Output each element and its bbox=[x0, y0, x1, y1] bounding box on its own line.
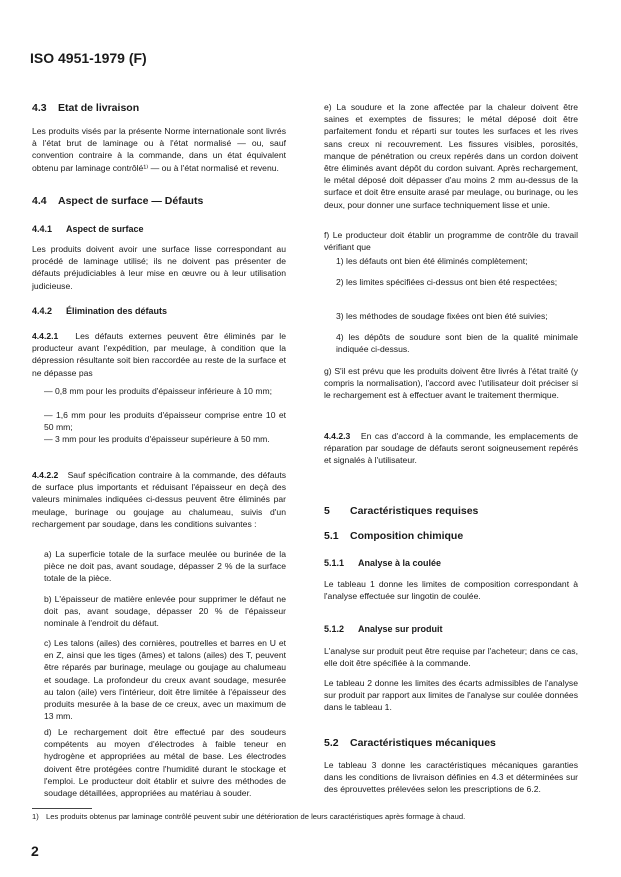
heading-4-4: 4.4Aspect de surface — Défauts bbox=[32, 195, 286, 207]
section-title: Élimination des défauts bbox=[66, 306, 167, 316]
section-number: 5.1 bbox=[324, 530, 350, 542]
section-number: 4.3 bbox=[32, 102, 58, 114]
paragraph-4-4-2-1: 4.4.2.1 Les défauts externes peuvent êtr… bbox=[32, 330, 286, 379]
paragraph-4-3: Les produits visés par la présente Norme… bbox=[32, 125, 286, 174]
list-item-d: d) Le rechargement doit être effectué pa… bbox=[44, 726, 286, 799]
section-number: 4.4.2 bbox=[32, 306, 66, 316]
sub-item-1: 1) les défauts ont bien été éliminés com… bbox=[336, 255, 578, 267]
section-title: Aspect de surface bbox=[66, 224, 144, 234]
clause-text: Les défauts externes peuvent être élimin… bbox=[32, 331, 286, 378]
section-title: Etat de livraison bbox=[58, 102, 139, 114]
footnote-divider bbox=[32, 808, 92, 809]
section-title: Composition chimique bbox=[350, 530, 463, 542]
sub-item-3: 3) les méthodes de soudage fixées ont bi… bbox=[336, 310, 578, 322]
heading-5-1-1: 5.1.1Analyse à la coulée bbox=[324, 558, 578, 568]
section-title: Aspect de surface — Défauts bbox=[58, 195, 203, 207]
clause-number: 4.4.2.2 bbox=[32, 470, 58, 480]
clause-text: Sauf spécification contraire à la comman… bbox=[32, 470, 286, 529]
list-item-f: f) Le producteur doit établir un program… bbox=[324, 229, 578, 253]
list-item-g: g) S'il est prévu que les produits doive… bbox=[324, 365, 578, 402]
sub-item-2: 2) les limites spécifiées ci-dessus ont … bbox=[336, 276, 578, 288]
list-item: — 3 mm pour les produits d'épaisseur sup… bbox=[44, 433, 286, 445]
heading-4-4-2: 4.4.2Élimination des défauts bbox=[32, 306, 286, 316]
heading-4-4-1: 4.4.1Aspect de surface bbox=[32, 224, 286, 234]
page-number: 2 bbox=[31, 843, 39, 859]
list-item-e: e) La soudure et la zone affectée par la… bbox=[324, 101, 578, 211]
list-item-a: a) La superficie totale de la surface me… bbox=[44, 548, 286, 585]
footnote-text: Les produits obtenus par laminage contrô… bbox=[46, 812, 465, 821]
heading-5-1-2: 5.1.2Analyse sur produit bbox=[324, 624, 578, 634]
footnote: 1)Les produits obtenus par laminage cont… bbox=[32, 812, 465, 821]
section-number: 5.1.2 bbox=[324, 624, 358, 634]
section-number: 5.1.1 bbox=[324, 558, 358, 568]
section-title: Caractéristiques mécaniques bbox=[350, 737, 496, 749]
paragraph-5-1-2-a: L'analyse sur produit peut être requise … bbox=[324, 645, 578, 669]
document-header: ISO 4951-1979 (F) bbox=[30, 50, 147, 66]
heading-4-3: 4.3Etat de livraison bbox=[32, 102, 286, 114]
list-item: — 1,6 mm pour les produits d'épaisseur c… bbox=[44, 409, 286, 433]
section-title: Analyse sur produit bbox=[358, 624, 443, 634]
heading-5-2: 5.2Caractéristiques mécaniques bbox=[324, 737, 578, 749]
heading-5: 5Caractéristiques requises bbox=[324, 505, 578, 517]
clause-text: En cas d'accord à la commande, les empla… bbox=[324, 431, 578, 465]
section-title: Caractéristiques requises bbox=[350, 505, 478, 517]
sub-item-4: 4) les dépôts de soudure sont bien de la… bbox=[336, 331, 578, 355]
paragraph-4-4-2-3: 4.4.2.3 En cas d'accord à la commande, l… bbox=[324, 430, 578, 467]
list-item: — 0,8 mm pour les produits d'épaisseur i… bbox=[44, 385, 286, 397]
section-number: 5 bbox=[324, 505, 350, 517]
section-number: 4.4 bbox=[32, 195, 58, 207]
heading-5-1: 5.1Composition chimique bbox=[324, 530, 578, 542]
paragraph-5-1-1: Le tableau 1 donne les limites de compos… bbox=[324, 578, 578, 602]
paragraph-4-4-2-2: 4.4.2.2 Sauf spécification contraire à l… bbox=[32, 469, 286, 530]
section-title: Analyse à la coulée bbox=[358, 558, 441, 568]
paragraph-4-4-1: Les produits doivent avoir une surface l… bbox=[32, 243, 286, 292]
clause-number: 4.4.2.3 bbox=[324, 431, 350, 441]
section-number: 4.4.1 bbox=[32, 224, 66, 234]
section-number: 5.2 bbox=[324, 737, 350, 749]
paragraph-5-1-2-b: Le tableau 2 donne les limites des écart… bbox=[324, 677, 578, 714]
footnote-mark: 1) bbox=[32, 812, 46, 821]
list-item-b: b) L'épaisseur de matière enlevée pour s… bbox=[44, 593, 286, 630]
list-item-c: c) Les talons (ailes) des cornières, pou… bbox=[44, 637, 286, 722]
clause-number: 4.4.2.1 bbox=[32, 331, 58, 341]
paragraph-5-2: Le tableau 3 donne les caractéristiques … bbox=[324, 759, 578, 796]
